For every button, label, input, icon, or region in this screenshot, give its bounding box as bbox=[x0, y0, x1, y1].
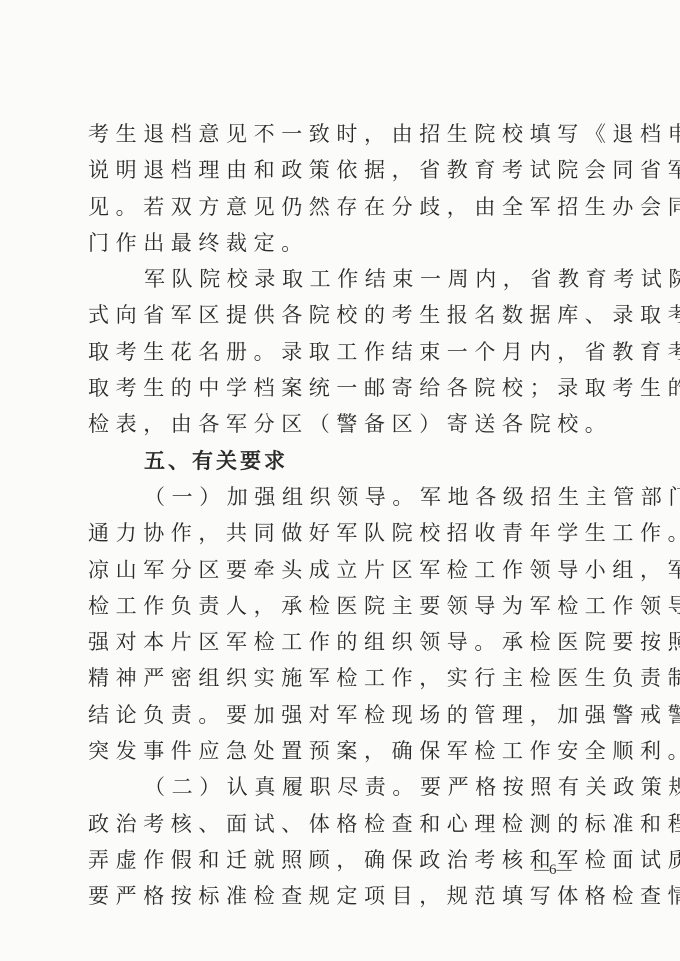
text-line: 弄虚作假和迁就照顾，确保政治考核和军检面试质量。主检医生 bbox=[88, 842, 594, 878]
paragraph-start-line: （二）认真履职尽责。要严格按照有关政策规定，认真执行 bbox=[88, 769, 594, 805]
text-line: 突发事件应急处置预案，确保军检工作安全顺利。 bbox=[88, 733, 594, 769]
text-line: 式向省军区提供各院校的考生报名数据库、录取考生数据库及录 bbox=[88, 297, 594, 333]
text-line: 强对本片区军检工作的组织领导。承检医院要按照“西安会议” bbox=[88, 624, 594, 660]
text-line: 凉山军分区要牵头成立片区军检工作领导小组，军事主官担任军 bbox=[88, 552, 594, 588]
text-line: 要严格按标准检查规定项目，规范填写体格检查情况。招生工作 bbox=[88, 878, 594, 914]
text-line: 说明退档理由和政策依据，省教育考试院会同省军区提出复审意 bbox=[88, 152, 594, 188]
page-number: —6— bbox=[534, 862, 572, 879]
text-line: 检表，由各军分区（警备区）寄送各院校。 bbox=[88, 406, 594, 442]
text-line: 取考生的中学档案统一邮寄给各院校；录取考生的政治考核、军 bbox=[88, 370, 594, 406]
text-line: 结论负责。要加强对军检现场的管理，加强警戒警卫力量，制定 bbox=[88, 697, 594, 733]
paragraph-start-line: 军队院校录取工作结束一周内，省教育考试院应按规定的格 bbox=[88, 261, 594, 297]
text-line: 政治考核、面试、体格检查和心理检测的标准和程序，坚决杜绝 bbox=[88, 806, 594, 842]
paragraph-start-line: （一）加强组织领导。军地各级招生主管部门要密切配合， bbox=[88, 479, 594, 515]
text-line: 考生退档意见不一致时，由招生院校填写《退档申请单》，详细 bbox=[88, 116, 594, 152]
document-body: 考生退档意见不一致时，由招生院校填写《退档申请单》，详细 说明退档理由和政策依据… bbox=[88, 116, 594, 915]
text-line: 见。若双方意见仍然存在分歧，由全军招生办会同教育部有关部 bbox=[88, 189, 594, 225]
text-line: 精神严密组织实施军检工作，实行主检医生负责制、医院对军检 bbox=[88, 660, 594, 696]
text-line: 门作出最终裁定。 bbox=[88, 225, 594, 261]
text-line: 通力协作，共同做好军队院校招收青年学生工作。成都警备区、 bbox=[88, 515, 594, 551]
text-line: 检工作负责人，承检医院主要领导为军检工作领导小组成员，加 bbox=[88, 588, 594, 624]
section-heading: 五、有关要求 bbox=[88, 443, 594, 479]
text-line: 取考生花名册。录取工作结束一个月内，省教育考试院负责将录 bbox=[88, 334, 594, 370]
